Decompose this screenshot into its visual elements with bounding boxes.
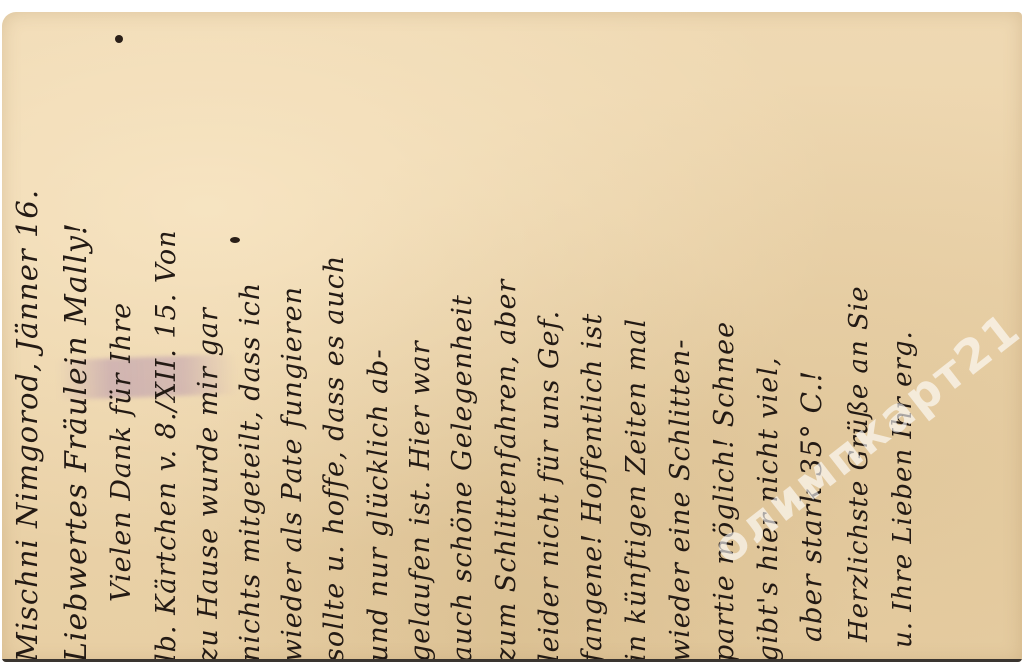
handwritten-line: wieder eine Schlitten-: [665, 338, 696, 662]
page: Mischni Nimgorod, Jänner 16. Liebwertes …: [0, 0, 1024, 666]
postcard: Mischni Nimgorod, Jänner 16. Liebwertes …: [2, 12, 1022, 662]
handwritten-line: gelaufen ist. Hier war: [405, 340, 436, 662]
handwritten-line: Vielen Dank für Ihre: [106, 302, 137, 602]
handwritten-line: leider nicht für uns Gef.: [534, 310, 565, 662]
handwritten-line: fangene! Hoffentlich ist: [577, 313, 608, 662]
handwritten-line: in künftigen Zeiten mal: [621, 318, 652, 662]
handwritten-line: wieder als Pate fungieren: [277, 286, 308, 662]
ink-blot: [115, 35, 123, 43]
handwritten-line: zum Schlittenfahren, aber: [491, 279, 522, 662]
handwritten-line: und nur glücklich ab-: [363, 348, 394, 662]
ink-blot: [230, 237, 240, 243]
handwritten-line: lb. Kärtchen v. 8./XII. 15. Von: [151, 229, 182, 662]
handwritten-line: auch schöne Gelegenheit: [447, 294, 478, 662]
handwritten-line: nichts mitgeteilt, dass ich: [235, 282, 266, 662]
handwritten-line: partie möglich! Schnee: [709, 321, 740, 662]
handwritten-line: zu Hause wurde mir gar: [193, 307, 224, 662]
handwritten-line-salutation: Liebwertes Fräulein Mally!: [59, 222, 94, 662]
handwritten-line-dateline: Mischni Nimgorod, Jänner 16.: [10, 189, 44, 662]
handwritten-line: sollte u. hoffe, dass es auch: [319, 255, 350, 662]
